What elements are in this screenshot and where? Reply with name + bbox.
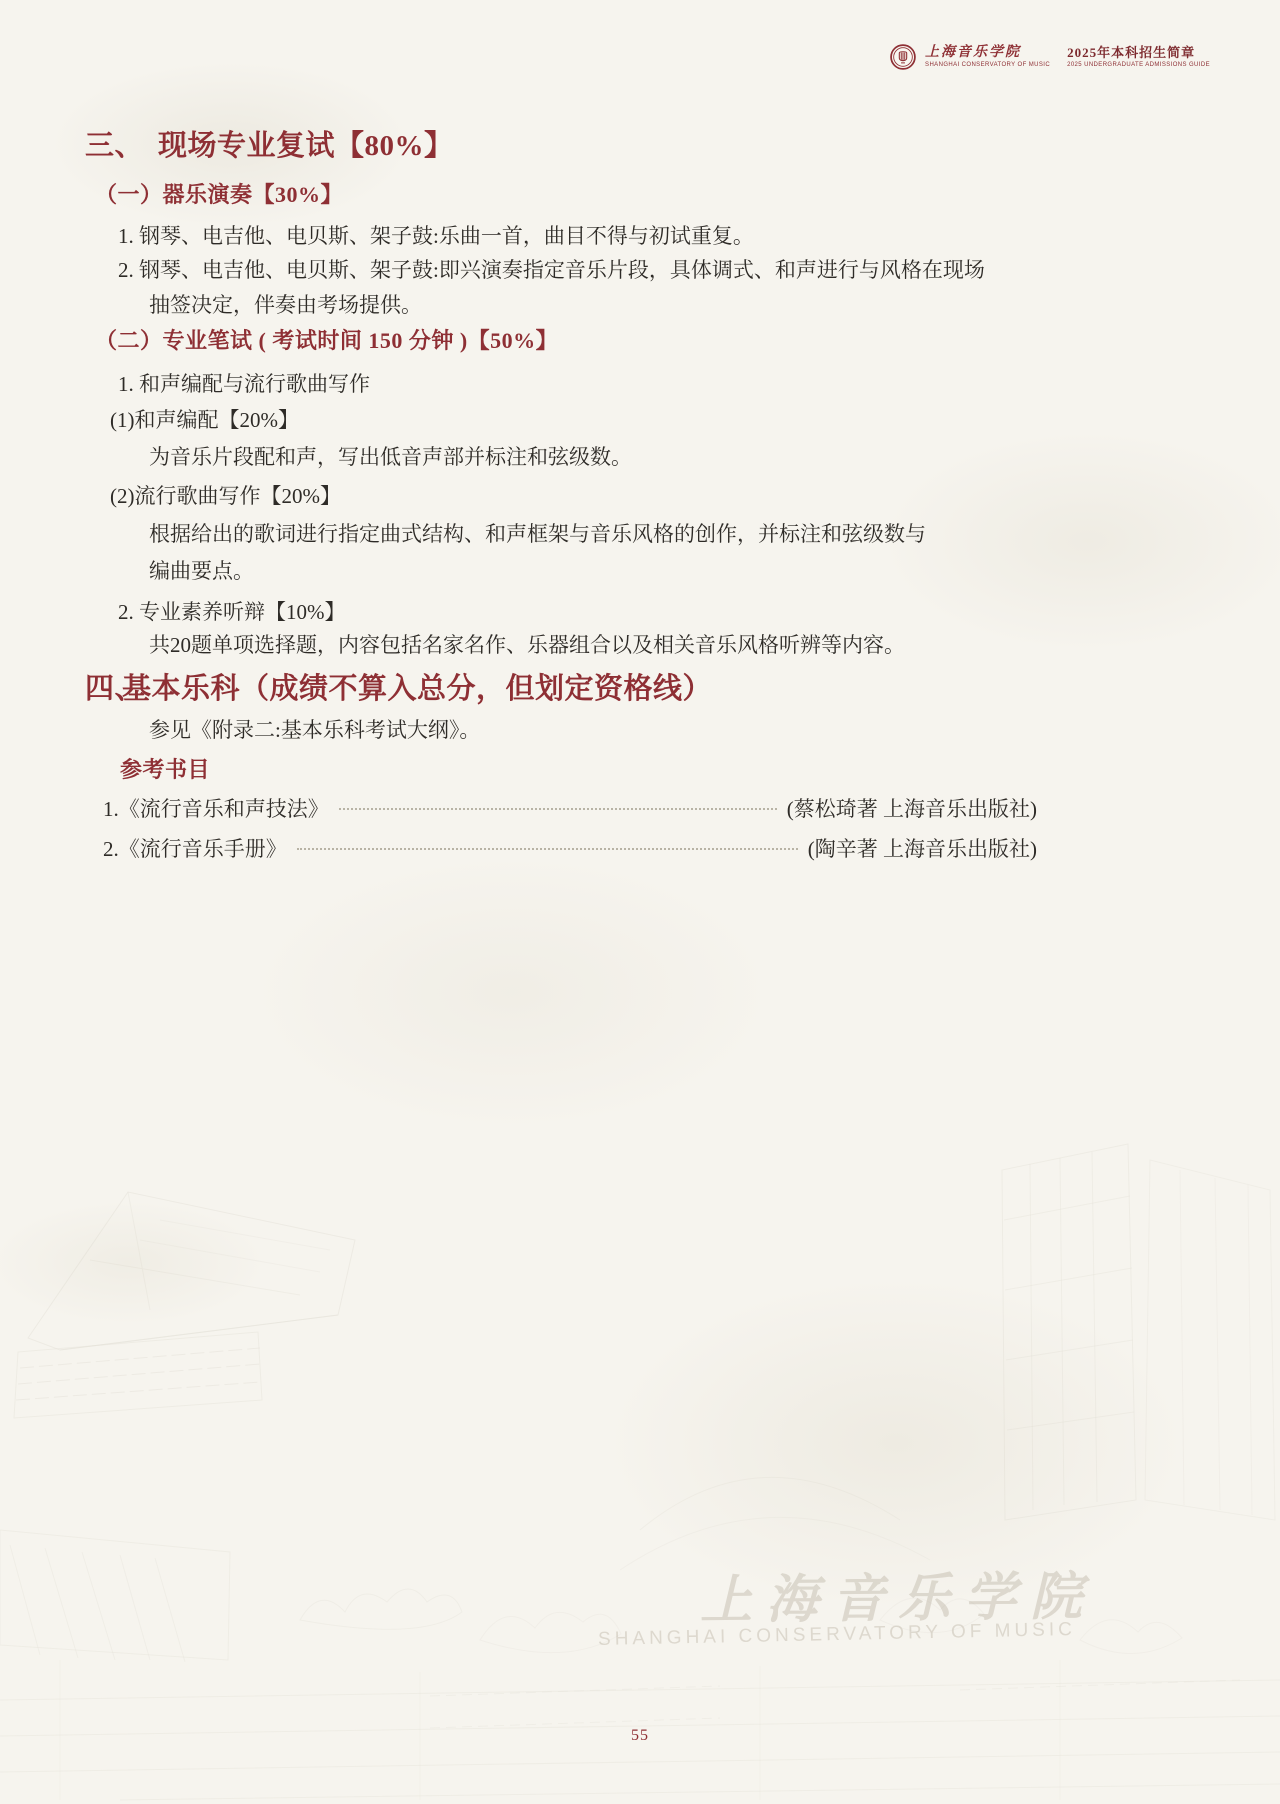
- sub-part-description: 为音乐片段配和声，写出低音声部并标注和弦级数。: [149, 444, 632, 471]
- sub-part-description: 根据给出的歌词进行指定曲式结构、和声框架与音乐风格的创作，并标注和弦级数与: [149, 521, 926, 548]
- section-3-number: 三、: [85, 128, 158, 166]
- school-name-en: SHANGHAI CONSERVATORY OF MUSIC: [925, 62, 1050, 68]
- school-name-block: 上海音乐学院 SHANGHAI CONSERVATORY OF MUSIC: [925, 46, 1050, 69]
- section-3-title: 现场专业复试【80%】: [158, 128, 454, 166]
- list-item: 1. 和声编配与流行歌曲写作: [118, 371, 370, 398]
- subsection-3-2-heading: （二）专业笔试 ( 考试时间 150 分钟 )【50%】: [95, 327, 558, 356]
- sub-part-heading: (1)和声编配【20%】: [110, 407, 299, 434]
- section-3-heading: 三、 现场专业复试【80%】: [85, 128, 454, 166]
- page-header: 上海音乐学院 SHANGHAI CONSERVATORY OF MUSIC 20…: [890, 44, 1210, 70]
- reference-publisher: (蔡松琦著 上海音乐出版社): [787, 793, 1037, 823]
- list-item-description: 共20题单项选择题，内容包括名家名作、乐器组合以及相关音乐风格听辨等内容。: [149, 632, 905, 659]
- reference-item: 2.《流行音乐手册》 (陶辛著 上海音乐出版社): [103, 833, 1037, 863]
- dotted-leader: [339, 807, 777, 810]
- section-4-body: 参见《附录二:基本乐科考试大纲》。: [149, 717, 480, 744]
- brochure-title-block: 2025年本科招生简章 2025 UNDERGRADUATE ADMISSION…: [1067, 46, 1210, 69]
- section-4-title: 基本乐科（成绩不算入总分，但划定资格线）: [122, 671, 712, 709]
- watermark-building-sketch: [0, 1100, 1280, 1804]
- list-item: 1. 钢琴、电吉他、电贝斯、架子鼓:乐曲一首，曲目不得与初试重复。: [118, 223, 754, 250]
- section-4-number: 四、: [85, 671, 122, 709]
- page-number: 55: [0, 1727, 1280, 1745]
- dotted-leader: [297, 847, 798, 850]
- reference-title: 2.《流行音乐手册》: [103, 833, 287, 863]
- sub-part-description: 编曲要点。: [149, 558, 254, 585]
- list-item: 2. 专业素养听辩【10%】: [118, 599, 346, 626]
- section-4-heading: 四、 基本乐科（成绩不算入总分，但划定资格线）: [85, 671, 712, 709]
- list-item: 2. 钢琴、电吉他、电贝斯、架子鼓:即兴演奏指定音乐片段，具体调式、和声进行与风…: [118, 257, 985, 284]
- references-heading: 参考书目: [120, 756, 210, 785]
- brochure-title-en: 2025 UNDERGRADUATE ADMISSIONS GUIDE: [1067, 62, 1210, 69]
- brochure-title: 2025年本科招生简章: [1067, 46, 1210, 60]
- school-seal-icon: [890, 44, 916, 70]
- list-item-continuation: 抽签决定，伴奏由考场提供。: [149, 292, 422, 319]
- reference-title: 1.《流行音乐和声技法》: [103, 793, 329, 823]
- reference-item: 1.《流行音乐和声技法》 (蔡松琦著 上海音乐出版社): [103, 793, 1037, 823]
- sub-part-heading: (2)流行歌曲写作【20%】: [110, 483, 341, 510]
- reference-publisher: (陶辛著 上海音乐出版社): [808, 833, 1037, 863]
- subsection-3-1-heading: （一）器乐演奏【30%】: [95, 181, 343, 210]
- school-name: 上海音乐学院: [925, 46, 1050, 61]
- document-page: 上海音乐学院 SHANGHAI CONSERVATORY OF MUSIC 上海…: [0, 0, 1280, 1804]
- watermark-school-name-en: SHANGHAI CONSERVATORY OF MUSIC: [598, 1619, 1076, 1651]
